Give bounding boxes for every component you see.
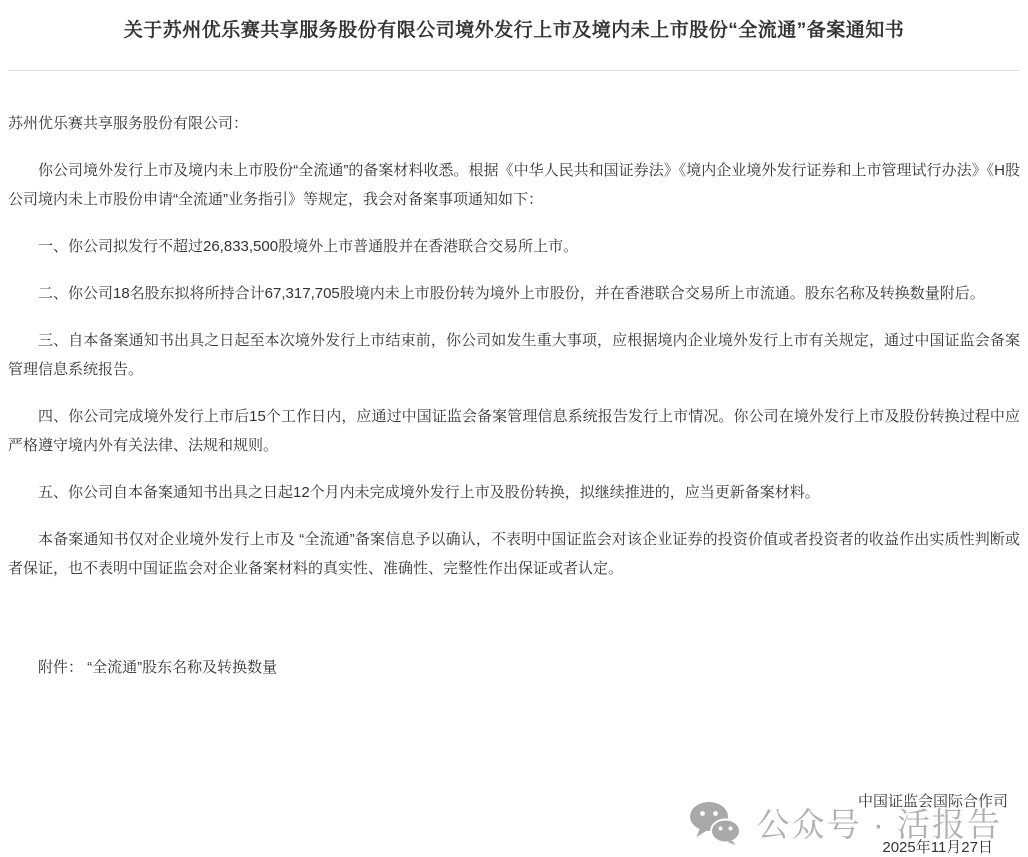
- salutation: 苏州优乐赛共享服务股份有限公司：: [8, 109, 1020, 138]
- issuer-name: 中国证监会国际合作司: [8, 787, 1020, 816]
- item-1-paragraph: 一、你公司拟发行不超过26,833,500股境外上市普通股并在香港联合交易所上市…: [8, 232, 1020, 261]
- attachment-line: 附件： “全流通”股东名称及转换数量: [8, 653, 1020, 682]
- item-5-paragraph: 五、你公司自本备案通知书出具之日起12个月内未完成境外发行上市及股份转换，拟继续…: [8, 478, 1020, 507]
- item-4-paragraph: 四、你公司完成境外发行上市后15个工作日内，应通过中国证监会备案管理信息系统报告…: [8, 402, 1020, 460]
- document-title: 关于苏州优乐赛共享服务股份有限公司境外发行上市及境内未上市股份“全流通”备案通知…: [0, 0, 1028, 42]
- item-2-paragraph: 二、你公司18名股东拟将所持合计67,317,705股境内未上市股份转为境外上市…: [8, 279, 1020, 308]
- issue-date: 2025年11月27日: [8, 833, 1020, 857]
- document-body: 苏州优乐赛共享服务股份有限公司： 你公司境外发行上市及境内未上市股份“全流通”的…: [0, 109, 1028, 682]
- intro-paragraph: 你公司境外发行上市及境内未上市股份“全流通”的备案材料收悉。根据《中华人民共和国…: [8, 156, 1020, 214]
- document-page: 关于苏州优乐赛共享服务股份有限公司境外发行上市及境内未上市股份“全流通”备案通知…: [0, 0, 1028, 857]
- disclaimer-paragraph: 本备案通知书仅对企业境外发行上市及 “全流通”备案信息予以确认，不表明中国证监会…: [8, 525, 1020, 583]
- title-divider: [8, 70, 1020, 71]
- document-footer: 中国证监会国际合作司 公众号 · 活报告 2025年11月27日: [0, 787, 1028, 857]
- item-3-paragraph: 三、自本备案通知书出具之日起至本次境外发行上市结束前，你公司如发生重大事项，应根…: [8, 326, 1020, 384]
